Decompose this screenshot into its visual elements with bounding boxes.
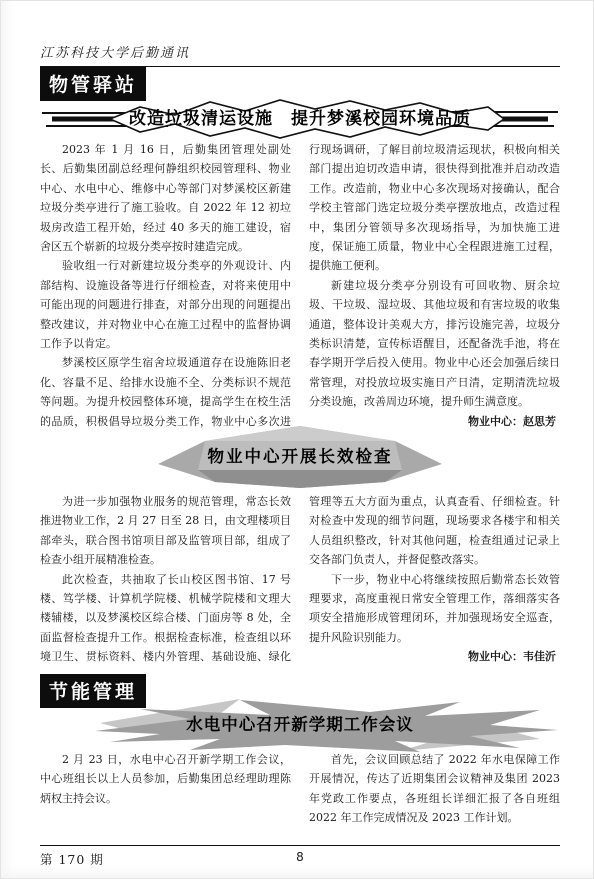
article1-paragraph: 2023 年 1 月 16 日，后勤集团管理处副处长、后勤集团副总经理何静组织校… (40, 140, 291, 256)
article1-body: 2023 年 1 月 16 日，后勤集团管理处副处长、后勤集团副总经理何静组织校… (40, 140, 560, 432)
newsletter-page: 江苏科技大学后勤通讯 物管驿站 改造垃圾清运设施 提升梦溪校园环境品质 2023… (0, 0, 594, 879)
article1-paragraph: 新建垃圾分类亭分别设有可回收物、厨余垃圾、干垃圾、湿垃圾、其他垃圾和有害垃圾的收… (309, 276, 560, 412)
article1-title: 改造垃圾清运设施 提升梦溪校园环境品质 (40, 96, 560, 142)
article3-paragraph: 首先，会议回顾总结了 2022 年水电保障工作开展情况，传达了近期集团会议精神及… (309, 750, 560, 828)
article3-title-banner: 水电中心召开新学期工作会议 (40, 697, 560, 753)
article2-title: 物业中心开展长效检查 (150, 424, 450, 490)
article2-paragraph: 下一步，物业中心将继续按照后勤常态长效管理要求，高度重视日常安全管理工作，落细落… (309, 570, 560, 648)
masthead-title: 江苏科技大学后勤通讯 (40, 42, 560, 67)
article2-signature: 物业中心：韦佳沂 (309, 647, 560, 666)
article2-paragraph: 为进一步加强物业服务的规范管理，常态长效推进物业工作，2 月 27 日至 28 … (40, 492, 291, 570)
footer-page-number: 8 (40, 850, 560, 864)
article3-paragraph: 2 月 23 日，水电中心召开新学期工作会议，中心班组长以上人员参加，后勤集团总… (40, 750, 291, 808)
page-content: 江苏科技大学后勤通讯 物管驿站 改造垃圾清运设施 提升梦溪校园环境品质 2023… (40, 0, 560, 879)
article2-title-banner: 物业中心开展长效检查 (150, 424, 450, 490)
article1-paragraph: 验收组一行对新建垃圾分类亭的外观设计、内部结构、设施设备等进行仔细检查，对将来使… (40, 256, 291, 353)
footer-divider (40, 845, 560, 846)
article2-body: 为进一步加强物业服务的规范管理，常态长效推进物业工作，2 月 27 日至 28 … (40, 492, 560, 674)
article3-body: 2 月 23 日，水电中心召开新学期工作会议，中心班组长以上人员参加，后勤集团总… (40, 750, 560, 845)
article1-title-banner: 改造垃圾清运设施 提升梦溪校园环境品质 (40, 96, 560, 142)
article3-title: 水电中心召开新学期工作会议 (40, 697, 560, 753)
